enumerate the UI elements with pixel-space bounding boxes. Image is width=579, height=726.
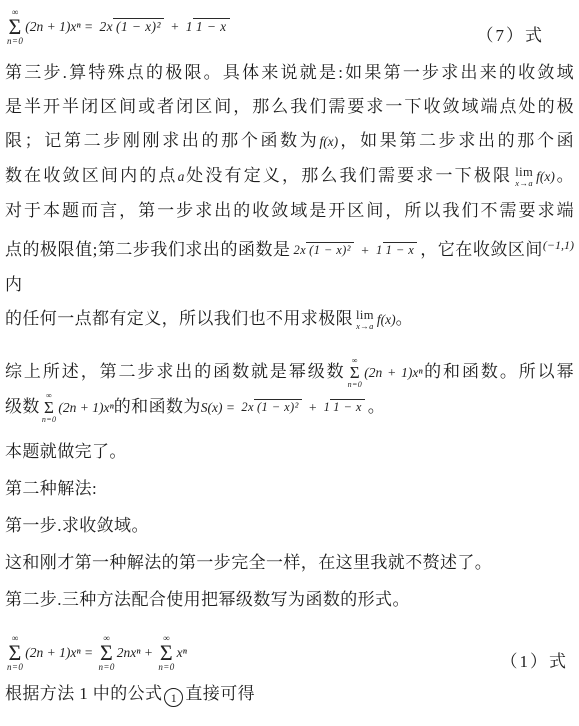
fraction-numerator: 1 xyxy=(186,19,193,34)
summation-symbol: ∞Σn=0 xyxy=(348,357,363,388)
text-run: 第一步.求收敛域。 xyxy=(5,516,149,535)
circled-formula-ref-icon: 1 xyxy=(164,688,183,707)
display-formula-7: ∞Σn=0(2n + 1)xⁿ = 2x(1 − x)² + 11 − x（7）… xyxy=(5,8,574,46)
text-run: 处没有定义，那么我们需要求一下极限 xyxy=(184,166,512,185)
fraction-numerator: 2x xyxy=(294,243,307,257)
fraction: 11 − x xyxy=(186,19,230,35)
math-run: (2n + 1)xⁿ xyxy=(58,400,113,415)
step3-line-4: 数在收敛区间内的点a处没有定义，那么我们需要求一下极限limx→af(x)。 xyxy=(5,159,574,194)
fraction: 11 − x xyxy=(376,243,417,258)
text-run: 限；记第二步刚刚求出的那个函数为 xyxy=(5,131,319,150)
text-run: ，它在收敛区间 xyxy=(420,240,543,259)
math-run: S(x) = xyxy=(201,400,239,415)
closing-line: 根据方法 1 中的公式1直接可得 xyxy=(5,676,574,712)
text-run: 第二种解法: xyxy=(5,479,97,498)
fraction: 2x(1 − x)² xyxy=(294,243,354,258)
summation-symbol: ∞Σn=0 xyxy=(158,634,174,672)
text-run: 内 xyxy=(5,275,22,294)
sigma-icon: Σ xyxy=(9,643,22,663)
text-run: 直接可得 xyxy=(185,684,255,703)
sigma-icon: Σ xyxy=(44,400,54,415)
step3-line-7: 的任何一点都有定义，所以我们也不用求极限limx→af(x)。 xyxy=(5,302,574,337)
text-run: 级数 xyxy=(5,397,40,416)
limit-expression: limx→a xyxy=(515,166,533,188)
fraction-denominator: 1 − x xyxy=(383,242,417,257)
sum-lower-limit: n=0 xyxy=(99,663,115,672)
fraction-denominator: 1 − x xyxy=(193,18,230,34)
sum-lower-limit: n=0 xyxy=(7,663,23,672)
text-run: 第二步.三种方法配合使用把幂级数写为函数的形式。 xyxy=(5,590,410,609)
limit-expression: limx→a xyxy=(356,309,374,331)
fraction: 11 − x xyxy=(324,400,365,415)
text-run: 这和刚才第一种解法的第一步完全一样，在这里我就不赘述了。 xyxy=(5,553,492,572)
fraction-denominator: (1 − x)² xyxy=(113,18,164,34)
step1-note: 这和刚才第一种解法的第一步完全一样，在这里我就不赘述了。 xyxy=(5,544,574,581)
sum-lower-limit: n=0 xyxy=(42,416,57,424)
text-run: 。 xyxy=(555,166,574,185)
summary-line-1: 综上所述，第二步求出的函数就是幂级数∞Σn=0(2n + 1)xⁿ的和函数。所以… xyxy=(5,355,574,390)
fraction-denominator: (1 − x)² xyxy=(306,242,354,257)
sum-lower-limit: n=0 xyxy=(348,381,363,389)
math-run: (2n + 1)xⁿ = xyxy=(25,19,96,34)
text-run: 本题就做完了。 xyxy=(5,442,127,461)
math-run: f(x) xyxy=(536,169,555,184)
lim-subscript: x→a xyxy=(356,322,374,331)
text-run: 数在收敛区间内的点 xyxy=(5,166,178,185)
step3-line-3: 限；记第二步刚刚求出的那个函数为f(x)，如果第二步求出的那个函 xyxy=(5,124,574,159)
equation-label: （7）式 xyxy=(477,26,545,46)
math-run: f(x) xyxy=(377,312,396,327)
step1-line: 第一步.求收敛域。 xyxy=(5,507,574,544)
step3-line-1: 第三步.算特殊点的极限。具体来说就是:如果第一步求出来的收敛域 xyxy=(5,56,574,90)
math-run: + xyxy=(305,400,321,415)
text-run: 是半开半闭区间或者闭区间，那么我们需要求一下收敛域端点处的极 xyxy=(5,97,574,116)
text-run: 第三步.算特殊点的极限。具体来说就是:如果第一步求出来的收敛域 xyxy=(5,63,574,82)
text-run: 的和函数。所以幂 xyxy=(423,362,574,381)
equation-label: （1）式 xyxy=(501,652,569,672)
math-run: (2n + 1)xⁿ = xyxy=(25,645,96,660)
text-run: 点的极限值;第二步我们求出的函数是 xyxy=(5,240,291,259)
sigma-icon: Σ xyxy=(100,643,113,663)
math-run: + xyxy=(357,243,373,258)
text-run: 对于本题而言，第一步求出的收敛域是开区间，所以我们不需要求端 xyxy=(5,201,574,220)
fraction-numerator: 2x xyxy=(100,19,114,34)
math-run: xⁿ xyxy=(177,645,187,660)
math-run: + xyxy=(167,19,183,34)
math-run: f(x) xyxy=(319,134,338,149)
document-page: { "colors": { "background": "#ffffff", "… xyxy=(0,0,579,726)
fraction-denominator: (1 − x)² xyxy=(254,399,302,414)
fraction: 2x(1 − x)² xyxy=(100,19,164,35)
done-line: 本题就做完了。 xyxy=(5,433,574,470)
text-run: 综上所述，第二步求出的函数就是幂级数 xyxy=(5,362,346,381)
solution2-title: 第二种解法: xyxy=(5,470,574,507)
text-run: 根据方法 1 中的公式 xyxy=(5,684,162,703)
math-interval: (−1,1) xyxy=(543,238,574,252)
step3-line-6: 点的极限值;第二步我们求出的函数是2x(1 − x)² + 11 − x，它在收… xyxy=(5,228,574,302)
lim-word: lim xyxy=(356,309,374,322)
lim-word: lim xyxy=(515,166,533,179)
text-run: ，如果第二步求出的那个函 xyxy=(338,131,574,150)
fraction-denominator: 1 − x xyxy=(330,399,364,414)
fraction-numerator: 1 xyxy=(376,243,383,257)
sum-lower-limit: n=0 xyxy=(7,37,23,46)
summation-symbol: ∞Σn=0 xyxy=(99,634,115,672)
sigma-icon: Σ xyxy=(9,17,22,37)
step3-line-5: 对于本题而言，第一步求出的收敛域是开区间，所以我们不需要求端 xyxy=(5,194,574,228)
document-body: ∞Σn=0(2n + 1)xⁿ = 2x(1 − x)² + 11 − x（7）… xyxy=(5,8,574,712)
text-run: 的和函数为 xyxy=(114,397,201,416)
fraction: 2x(1 − x)² xyxy=(241,400,301,415)
fraction-numerator: 2x xyxy=(241,400,254,414)
math-run: 2nxⁿ + xyxy=(117,645,157,660)
summation-symbol: ∞Σn=0 xyxy=(42,392,57,423)
display-formula-1: ∞Σn=0(2n + 1)xⁿ = ∞Σn=02nxⁿ + ∞Σn=0xⁿ（1）… xyxy=(5,634,574,672)
sum-lower-limit: n=0 xyxy=(158,663,174,672)
summary-line-2: 级数∞Σn=0(2n + 1)xⁿ的和函数为S(x) = 2x(1 − x)² … xyxy=(5,390,574,425)
text-run: 。 xyxy=(396,309,413,328)
math-run: (2n + 1)xⁿ xyxy=(364,365,422,380)
lim-subscript: x→a xyxy=(515,179,533,188)
summation-symbol: ∞Σn=0 xyxy=(7,634,23,672)
step3-line-2: 是半开半闭区间或者闭区间，那么我们需要求一下收敛域端点处的极 xyxy=(5,90,574,124)
sigma-icon: Σ xyxy=(350,365,360,380)
display-formula-content: ∞Σn=0(2n + 1)xⁿ = ∞Σn=02nxⁿ + ∞Σn=0xⁿ xyxy=(5,634,187,672)
step2-line: 第二步.三种方法配合使用把幂级数写为函数的形式。 xyxy=(5,581,574,618)
text-run: 。 xyxy=(368,397,385,416)
summation-symbol: ∞Σn=0 xyxy=(7,8,23,46)
display-formula-content: ∞Σn=0(2n + 1)xⁿ = 2x(1 − x)² + 11 − x xyxy=(5,8,233,46)
sigma-icon: Σ xyxy=(160,643,173,663)
text-run: 的任何一点都有定义，所以我们也不用求极限 xyxy=(5,309,353,328)
